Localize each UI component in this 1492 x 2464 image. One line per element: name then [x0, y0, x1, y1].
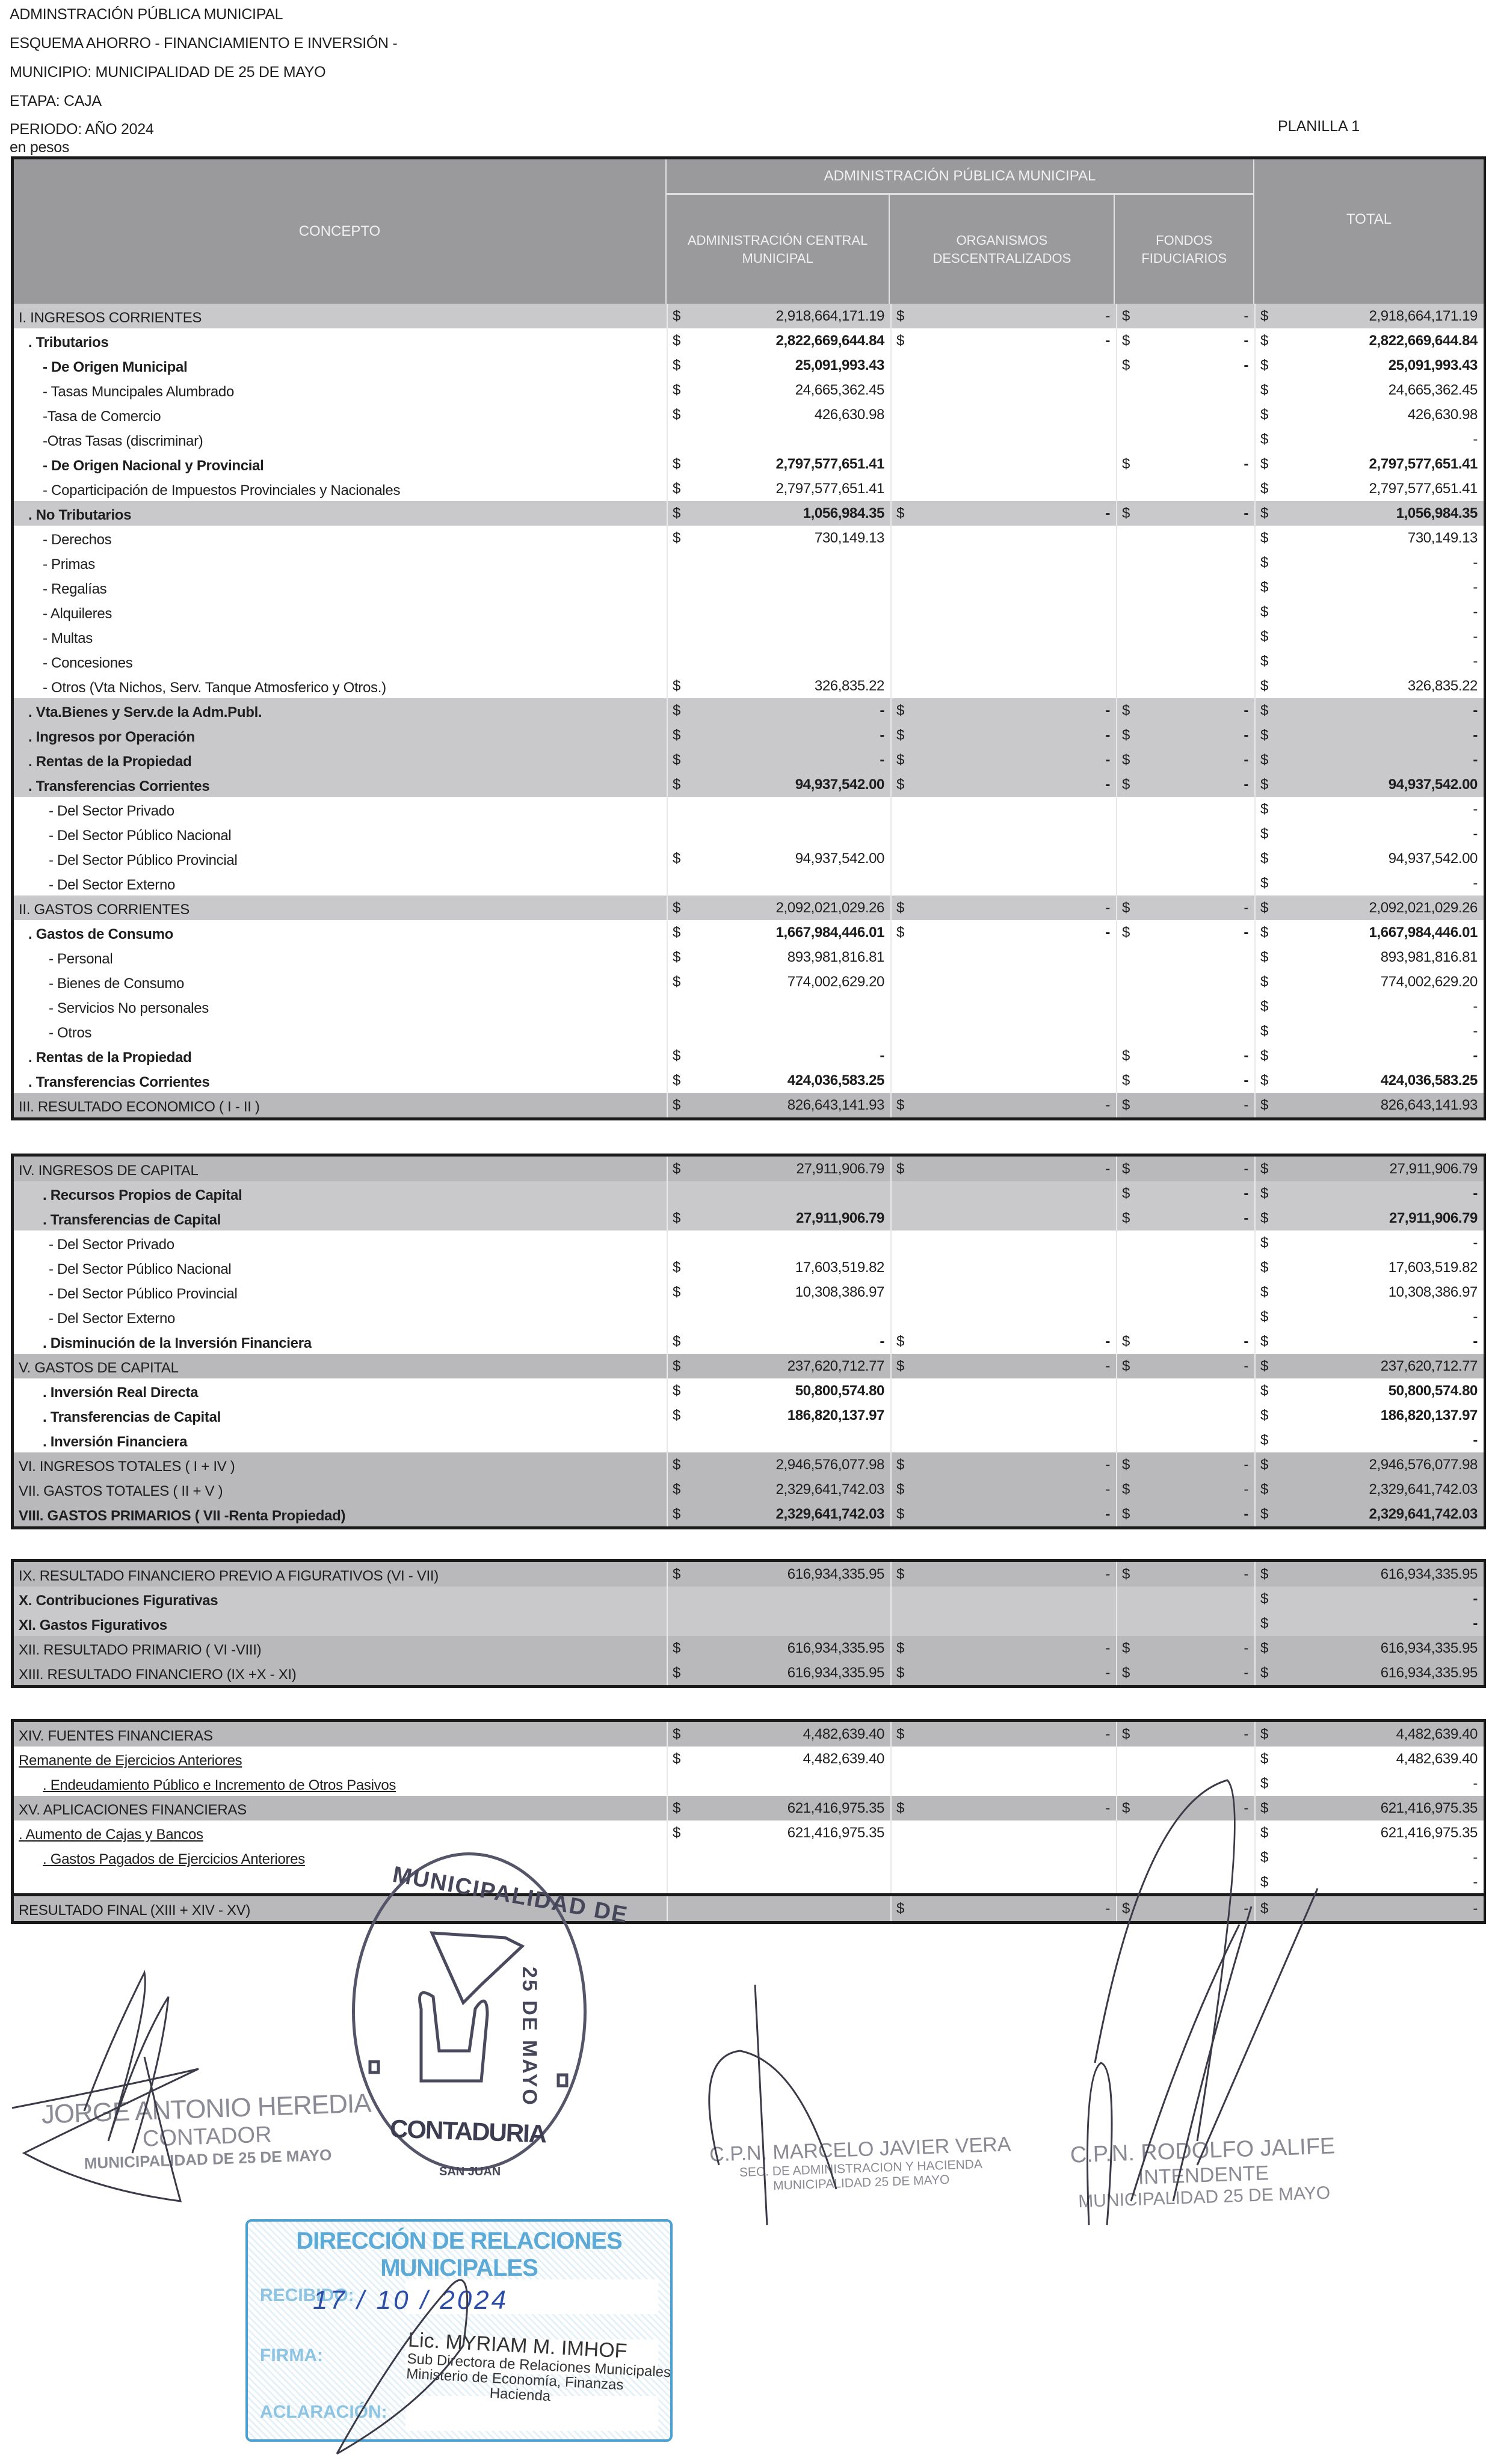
- table-row: I. INGRESOS CORRIENTES$2,918,664,171.19$…: [14, 304, 1484, 328]
- currency-symbol: $: [1260, 579, 1268, 596]
- header-line: ETAPA: CAJA: [10, 87, 397, 115]
- row-label: - Del Sector Externo: [14, 1310, 667, 1329]
- currency-symbol: $: [1260, 727, 1268, 744]
- row-label: - Personal: [14, 951, 667, 969]
- table-row: $-: [14, 1870, 1484, 1894]
- currency-symbol: $: [1260, 1591, 1268, 1608]
- received-date: 17 / 10 / 2024: [313, 2285, 508, 2315]
- cell-value: -: [1473, 653, 1478, 670]
- cell-total: $4,482,639.40: [1254, 1722, 1484, 1747]
- cell-central: $-: [667, 698, 890, 723]
- currency-symbol: $: [1260, 1775, 1268, 1792]
- currency-symbol: $: [673, 1161, 680, 1178]
- row-label: . Gastos de Consumo: [14, 926, 667, 945]
- table-row: - Bienes de Consumo$774,002,629.20$774,0…: [14, 969, 1484, 994]
- cell-fondos: [1116, 846, 1254, 871]
- cell-total: $-: [1254, 1043, 1484, 1068]
- cell-value: -: [1244, 1072, 1248, 1089]
- currency-symbol: $: [1260, 456, 1268, 473]
- cell-organismos: $-: [890, 1796, 1116, 1820]
- currency-symbol: $: [673, 530, 680, 547]
- table-row: VII. GASTOS TOTALES ( II + V )$2,329,641…: [14, 1477, 1484, 1502]
- cell-value: -: [1473, 826, 1478, 843]
- cell-central: $17,603,519.82: [667, 1255, 890, 1280]
- currency-symbol: $: [896, 1358, 904, 1375]
- cell-fondos: [1116, 649, 1254, 674]
- cell-central: $27,911,906.79: [667, 1206, 890, 1230]
- official-stamp: Lic. MYRIAM M. IMHOF Sub Directora de Re…: [405, 2330, 672, 2410]
- cell-fondos: $-: [1116, 772, 1254, 797]
- currency-symbol: $: [1260, 1358, 1268, 1375]
- cell-organismos: $-: [890, 1329, 1116, 1354]
- row-label: . Ingresos por Operación: [14, 729, 667, 748]
- row-label: - Del Sector Externo: [14, 877, 667, 896]
- cell-value: -: [880, 702, 884, 719]
- row-label: . Recursos Propios de Capital: [14, 1187, 667, 1206]
- cell-total: $-: [1254, 748, 1484, 772]
- cell-organismos: [890, 600, 1116, 624]
- currency-symbol: $: [896, 505, 904, 522]
- table-row: . Rentas de la Propiedad$-$-$-$-: [14, 748, 1484, 772]
- cell-fondos: $-: [1116, 748, 1254, 772]
- cell-value: 4,482,639.40: [1396, 1726, 1478, 1743]
- table-row: . Disminución de la Inversión Financiera…: [14, 1329, 1484, 1354]
- cell-central: $24,665,362.45: [667, 378, 890, 402]
- cell-fondos: $-: [1116, 304, 1254, 328]
- cell-fondos: [1116, 476, 1254, 501]
- currency-symbol: $: [673, 1072, 680, 1089]
- cell-central: $237,620,712.77: [667, 1354, 890, 1378]
- cell-central: $2,946,576,077.98: [667, 1452, 890, 1477]
- cell-value: -: [1244, 1333, 1248, 1350]
- currency-symbol: $: [1260, 1849, 1268, 1866]
- cell-value: -: [1105, 505, 1110, 522]
- row-label: . Gastos Pagados de Ejercicios Anteriore…: [14, 1851, 667, 1870]
- currency-symbol: $: [1260, 1383, 1268, 1399]
- cell-organismos: $-: [890, 501, 1116, 526]
- row-label: - Del Sector Público Provincial: [14, 852, 667, 871]
- cell-fondos: $-: [1116, 1477, 1254, 1502]
- currency-symbol: $: [1260, 308, 1268, 325]
- cell-value: 893,981,816.81: [1381, 949, 1478, 966]
- cell-central: $50,800,574.80: [667, 1378, 890, 1403]
- cell-total: $1,667,984,446.01: [1254, 920, 1484, 945]
- cell-value: 426,630.98: [815, 407, 884, 423]
- currency-symbol: $: [1260, 1161, 1268, 1178]
- row-label: XV. APLICACIONES FINANCIERAS: [14, 1802, 667, 1820]
- currency-symbol: $: [896, 776, 904, 793]
- cell-value: -: [1105, 1161, 1110, 1178]
- table-row: - Del Sector Privado$-: [14, 1230, 1484, 1255]
- cell-value: 616,934,335.95: [788, 1566, 884, 1583]
- row-label: . Disminución de la Inversión Financiera: [14, 1335, 667, 1354]
- cell-fondos: [1116, 1230, 1254, 1255]
- cell-value: 621,416,975.35: [788, 1800, 884, 1817]
- cell-value: -: [1473, 431, 1478, 448]
- currency-symbol: $: [896, 1481, 904, 1498]
- currency-symbol: $: [673, 702, 680, 719]
- cell-value: -: [1105, 1566, 1110, 1583]
- row-label: - Concesiones: [14, 655, 667, 674]
- cell-value: -: [1105, 1726, 1110, 1743]
- currency-symbol: $: [673, 407, 680, 423]
- currency-symbol: $: [896, 727, 904, 744]
- currency-symbol: $: [1260, 1825, 1268, 1842]
- cell-fondos: $-: [1116, 1452, 1254, 1477]
- cell-value: 616,934,335.95: [788, 1665, 884, 1682]
- cell-organismos: [890, 353, 1116, 378]
- cell-value: 2,797,577,651.41: [776, 481, 884, 497]
- table-row: - Primas$-: [14, 550, 1484, 575]
- currency-symbol: $: [1260, 801, 1268, 818]
- cell-fondos: [1116, 1820, 1254, 1845]
- currency-symbol: $: [1260, 604, 1268, 621]
- cell-central: $186,820,137.97: [667, 1403, 890, 1428]
- currency-symbol: $: [1260, 702, 1268, 719]
- currency-symbol: $: [1122, 1333, 1130, 1350]
- cell-central: $-: [667, 723, 890, 748]
- currency-symbol: $: [673, 850, 680, 867]
- currency-symbol: $: [1122, 1457, 1130, 1473]
- cell-value: -: [1473, 1309, 1478, 1326]
- cell-total: $186,820,137.97: [1254, 1403, 1484, 1428]
- cell-value: 2,329,641,742.03: [1369, 1506, 1478, 1523]
- cell-value: 616,934,335.95: [1381, 1665, 1478, 1682]
- table-row: - Multas$-: [14, 624, 1484, 649]
- cell-value: 2,822,669,644.84: [776, 333, 884, 349]
- cell-fondos: $-: [1116, 1206, 1254, 1230]
- currency-symbol: $: [896, 900, 904, 917]
- currency-symbol: $: [896, 1506, 904, 1523]
- currency-symbol: $: [1260, 1072, 1268, 1089]
- cell-fondos: $-: [1116, 698, 1254, 723]
- currency-symbol: $: [1122, 1185, 1130, 1202]
- table-row: IX. RESULTADO FINANCIERO PREVIO A FIGURA…: [14, 1562, 1484, 1587]
- table-row: - Otros (Vta Nichos, Serv. Tanque Atmosf…: [14, 674, 1484, 698]
- cell-fondos: $-: [1116, 1722, 1254, 1747]
- cell-total: $17,603,519.82: [1254, 1255, 1484, 1280]
- currency-symbol: $: [1122, 505, 1130, 522]
- cell-value: -: [1244, 308, 1248, 325]
- cell-organismos: [890, 452, 1116, 476]
- cell-value: 2,946,576,077.98: [1369, 1457, 1478, 1473]
- currency-symbol: $: [1260, 875, 1268, 892]
- cell-value: 94,937,542.00: [1389, 776, 1478, 793]
- cell-total: $27,911,906.79: [1254, 1157, 1484, 1181]
- currency-symbol: $: [1260, 407, 1268, 423]
- cell-value: -: [1105, 1900, 1110, 1917]
- row-label: - Otros: [14, 1025, 667, 1043]
- table-row: . Transferencias de Capital$186,820,137.…: [14, 1403, 1484, 1428]
- cell-value: 2,797,577,651.41: [1369, 481, 1478, 497]
- cell-total: $-: [1254, 1230, 1484, 1255]
- cell-total: $-: [1254, 1304, 1484, 1329]
- cell-fondos: $-: [1116, 1636, 1254, 1661]
- signature-label: FIRMA:: [260, 2346, 323, 2366]
- row-label: . Transferencias Corrientes: [14, 1074, 667, 1093]
- currency-symbol: $: [1260, 1259, 1268, 1276]
- cell-central: $826,643,141.93: [667, 1093, 890, 1117]
- cell-value: -: [1473, 1023, 1478, 1040]
- cell-fondos: [1116, 427, 1254, 452]
- currency-symbol: $: [1122, 1665, 1130, 1682]
- cell-value: 186,820,137.97: [788, 1407, 884, 1424]
- currency-symbol: $: [1122, 1900, 1130, 1917]
- cell-total: $-: [1254, 1611, 1484, 1636]
- cell-value: 2,797,577,651.41: [1369, 456, 1478, 473]
- cell-value: -: [1244, 900, 1248, 917]
- row-label: . Rentas de la Propiedad: [14, 1049, 667, 1068]
- row-label: . Inversión Real Directa: [14, 1384, 667, 1403]
- cell-central: $2,797,577,651.41: [667, 452, 890, 476]
- currency-symbol: $: [1260, 555, 1268, 571]
- seal-ring-side: 25 DE MAYO: [517, 1967, 541, 2107]
- cell-central: [667, 1230, 890, 1255]
- currency-symbol: $: [1122, 776, 1130, 793]
- cell-total: $2,797,577,651.41: [1254, 452, 1484, 476]
- row-label: - Multas: [14, 630, 667, 649]
- cell-total: $-: [1254, 575, 1484, 600]
- currency-symbol: $: [1122, 1566, 1130, 1583]
- currency-symbol: $: [673, 974, 680, 991]
- currency-symbol: $: [1260, 924, 1268, 941]
- currency-symbol: $: [1260, 850, 1268, 867]
- currency-symbol: $: [1260, 1665, 1268, 1682]
- currency-symbol: $: [673, 1751, 680, 1768]
- cell-central: [667, 575, 890, 600]
- cell-total: $730,149.13: [1254, 526, 1484, 550]
- currency-symbol: $: [1260, 628, 1268, 645]
- table-row: - Derechos$730,149.13$730,149.13: [14, 526, 1484, 550]
- currency-symbol: $: [673, 776, 680, 793]
- row-label: . Tributarios: [14, 334, 667, 353]
- cell-total: $-: [1254, 550, 1484, 575]
- cell-value: -: [1105, 900, 1110, 917]
- cell-central: $4,482,639.40: [667, 1722, 890, 1747]
- table-row: - Concesiones$-: [14, 649, 1484, 674]
- cell-organismos: [890, 575, 1116, 600]
- cell-central: $2,797,577,651.41: [667, 476, 890, 501]
- cell-total: $94,937,542.00: [1254, 846, 1484, 871]
- table-row: XII. RESULTADO PRIMARIO ( VI -VIII)$616,…: [14, 1636, 1484, 1661]
- cell-value: 1,056,984.35: [1396, 505, 1478, 522]
- row-label: - Servicios No personales: [14, 1000, 667, 1019]
- table-row: XIII. RESULTADO FINANCIERO (IX +X - XI)$…: [14, 1661, 1484, 1685]
- cell-value: -: [1105, 1640, 1110, 1657]
- cell-value: 2,329,641,742.03: [776, 1481, 884, 1498]
- cell-value: -: [1473, 1333, 1478, 1350]
- currency-symbol: $: [1122, 727, 1130, 744]
- header-line: ESQUEMA AHORRO - FINANCIAMIENTO E INVERS…: [10, 29, 397, 58]
- currency-symbol: $: [1122, 1506, 1130, 1523]
- cell-organismos: $-: [890, 920, 1116, 945]
- cell-value: 94,937,542.00: [1389, 850, 1478, 867]
- cell-value: -: [1105, 1506, 1110, 1523]
- currency-symbol: $: [1260, 1210, 1268, 1227]
- row-label: - Otros (Vta Nichos, Serv. Tanque Atmosf…: [14, 680, 667, 698]
- row-label: . No Tributarios: [14, 507, 667, 526]
- cell-total: $826,643,141.93: [1254, 1093, 1484, 1117]
- cell-total: $621,416,975.35: [1254, 1820, 1484, 1845]
- cell-total: $-: [1254, 797, 1484, 822]
- table-row: - Servicios No personales$-: [14, 994, 1484, 1019]
- cell-organismos: [890, 945, 1116, 969]
- cell-value: 50,800,574.80: [795, 1383, 884, 1399]
- cell-fondos: [1116, 575, 1254, 600]
- header-line: MUNICIPIO: MUNICIPALIDAD DE 25 DE MAYO: [10, 58, 397, 87]
- table-row: X. Contribuciones Figurativas$-: [14, 1587, 1484, 1611]
- row-label: XIII. RESULTADO FINANCIERO (IX +X - XI): [14, 1667, 667, 1685]
- cell-organismos: $-: [890, 772, 1116, 797]
- currency-symbol: $: [896, 752, 904, 769]
- cell-organismos: [890, 1870, 1116, 1894]
- cell-fondos: $-: [1116, 452, 1254, 476]
- table-row: . Tributarios$2,822,669,644.84$-$-$2,822…: [14, 328, 1484, 353]
- cell-fondos: [1116, 1845, 1254, 1870]
- cell-organismos: $-: [890, 1452, 1116, 1477]
- cell-central: $-: [667, 748, 890, 772]
- currency-symbol: $: [1260, 1566, 1268, 1583]
- row-label: Remanente de Ejercicios Anteriores: [14, 1753, 667, 1771]
- row-label: IV. INGRESOS DE CAPITAL: [14, 1163, 667, 1181]
- cell-fondos: [1116, 1403, 1254, 1428]
- cell-central: $616,934,335.95: [667, 1562, 890, 1587]
- cell-organismos: [890, 1043, 1116, 1068]
- cell-central: [667, 1181, 890, 1206]
- currency-symbol: $: [1260, 1640, 1268, 1657]
- cell-value: 186,820,137.97: [1381, 1407, 1478, 1424]
- cell-organismos: [890, 1820, 1116, 1845]
- reception-stamp-title: DIRECCIÓN DE RELACIONES MUNICIPALES: [248, 2228, 670, 2282]
- cell-fondos: $-: [1116, 1181, 1254, 1206]
- currency-symbol: $: [1260, 752, 1268, 769]
- currency-symbol: $: [673, 1284, 680, 1301]
- currency-symbol: $: [896, 308, 904, 325]
- cell-organismos: [890, 1068, 1116, 1093]
- cell-organismos: [890, 378, 1116, 402]
- cell-value: 25,091,993.43: [1389, 357, 1478, 374]
- cell-central: [667, 1428, 890, 1452]
- cell-value: -: [1473, 801, 1478, 818]
- table-row: IV. INGRESOS DE CAPITAL$27,911,906.79$-$…: [14, 1157, 1484, 1181]
- cell-value: -: [1105, 333, 1110, 349]
- currency-symbol: $: [1260, 998, 1268, 1015]
- cell-central: [667, 797, 890, 822]
- table-row: - De Origen Municipal$25,091,993.43$-$25…: [14, 353, 1484, 378]
- cell-value: 2,329,641,742.03: [776, 1506, 884, 1523]
- cell-organismos: [890, 1230, 1116, 1255]
- cell-value: 424,036,583.25: [788, 1072, 884, 1089]
- cell-total: $-: [1254, 1019, 1484, 1043]
- currency-symbol: $: [896, 1900, 904, 1917]
- cell-value: -: [1473, 1615, 1478, 1632]
- cell-fondos: [1116, 378, 1254, 402]
- cell-value: -: [1105, 1481, 1110, 1498]
- row-label: - De Origen Nacional y Provincial: [14, 458, 667, 476]
- cell-value: -: [1244, 1048, 1248, 1065]
- currency-symbol: $: [896, 1726, 904, 1743]
- cell-value: -: [1244, 1457, 1248, 1473]
- cell-fondos: $-: [1116, 1068, 1254, 1093]
- table-row: . Gastos de Consumo$1,667,984,446.01$-$-…: [14, 920, 1484, 945]
- cell-value: 4,482,639.40: [1396, 1751, 1478, 1768]
- row-label: VII. GASTOS TOTALES ( II + V ): [14, 1483, 667, 1502]
- cell-central: $27,911,906.79: [667, 1157, 890, 1181]
- currency-symbol: $: [673, 1407, 680, 1424]
- cell-value: -: [1473, 875, 1478, 892]
- cell-value: -: [1244, 456, 1248, 473]
- cell-organismos: [890, 1611, 1116, 1636]
- cell-value: 10,308,386.97: [1389, 1284, 1478, 1301]
- currency-symbol: $: [1122, 1640, 1130, 1657]
- table-row: - Tasas Muncipales Alumbrado$24,665,362.…: [14, 378, 1484, 402]
- cell-organismos: $-: [890, 698, 1116, 723]
- cell-value: 826,643,141.93: [1381, 1097, 1478, 1114]
- cell-organismos: [890, 1845, 1116, 1870]
- cell-value: 2,797,577,651.41: [776, 456, 884, 473]
- cell-value: 621,416,975.35: [1381, 1800, 1478, 1817]
- row-label: . Transferencias Corrientes: [14, 778, 667, 797]
- cell-total: $616,934,335.95: [1254, 1636, 1484, 1661]
- table-row: XIV. FUENTES FINANCIERAS$4,482,639.40$-$…: [14, 1722, 1484, 1747]
- currency-symbol: $: [1260, 530, 1268, 547]
- cell-value: 25,091,993.43: [795, 357, 884, 374]
- row-label: - Alquileres: [14, 606, 667, 624]
- cell-value: 621,416,975.35: [788, 1825, 884, 1842]
- cell-fondos: $-: [1116, 1562, 1254, 1587]
- column-header-concept: CONCEPTO: [14, 159, 667, 304]
- cell-central: $2,918,664,171.19: [667, 304, 890, 328]
- table-row: . Recursos Propios de Capital$-$-: [14, 1181, 1484, 1206]
- currency-symbol: $: [1122, 924, 1130, 941]
- cell-central: $2,822,669,644.84: [667, 328, 890, 353]
- cell-organismos: $-: [890, 1636, 1116, 1661]
- cell-value: 774,002,629.20: [788, 974, 884, 991]
- cell-value: -: [1244, 1665, 1248, 1682]
- cell-value: 2,329,641,742.03: [1369, 1481, 1478, 1498]
- cell-total: $24,665,362.45: [1254, 378, 1484, 402]
- row-label: I. INGRESOS CORRIENTES: [14, 310, 667, 328]
- seal-bottom-text: SAN JUAN: [439, 2165, 501, 2179]
- cell-value: -: [1244, 776, 1248, 793]
- currency-symbol: $: [1260, 1235, 1268, 1252]
- cell-central: [667, 624, 890, 649]
- cell-fondos: $-: [1116, 1661, 1254, 1685]
- row-label: VI. INGRESOS TOTALES ( I + IV ): [14, 1458, 667, 1477]
- cell-total: $4,482,639.40: [1254, 1747, 1484, 1771]
- cell-value: 826,643,141.93: [788, 1097, 884, 1114]
- cell-value: -: [1473, 1432, 1478, 1449]
- signature-secretario: C.P.N. MARCELO JAVIER VERA SEC. DE ADMIN…: [709, 2133, 1013, 2195]
- table-row: - Personal$893,981,816.81$893,981,816.81: [14, 945, 1484, 969]
- currency-symbol: $: [673, 1640, 680, 1657]
- currency-symbol: $: [673, 333, 680, 349]
- row-label: . Aumento de Cajas y Bancos: [14, 1826, 667, 1845]
- cell-total: $25,091,993.43: [1254, 353, 1484, 378]
- cell-organismos: [890, 1378, 1116, 1403]
- cell-value: -: [1244, 924, 1248, 941]
- cell-fondos: $-: [1116, 896, 1254, 920]
- cell-organismos: $-: [890, 1354, 1116, 1378]
- currency-symbol: $: [896, 924, 904, 941]
- seal-center-text: CONTADURIA: [389, 2114, 546, 2148]
- cell-total: $-: [1254, 1896, 1484, 1921]
- header-line: PERIODO: AÑO 2024: [10, 120, 397, 138]
- cell-central: $326,835.22: [667, 674, 890, 698]
- table-row: - Del Sector Público Provincial$94,937,5…: [14, 846, 1484, 871]
- currency-symbol: $: [673, 727, 680, 744]
- signature-contador: JORGE ANTONIO HEREDIA CONTADOR MUNICIPAL…: [41, 2088, 373, 2174]
